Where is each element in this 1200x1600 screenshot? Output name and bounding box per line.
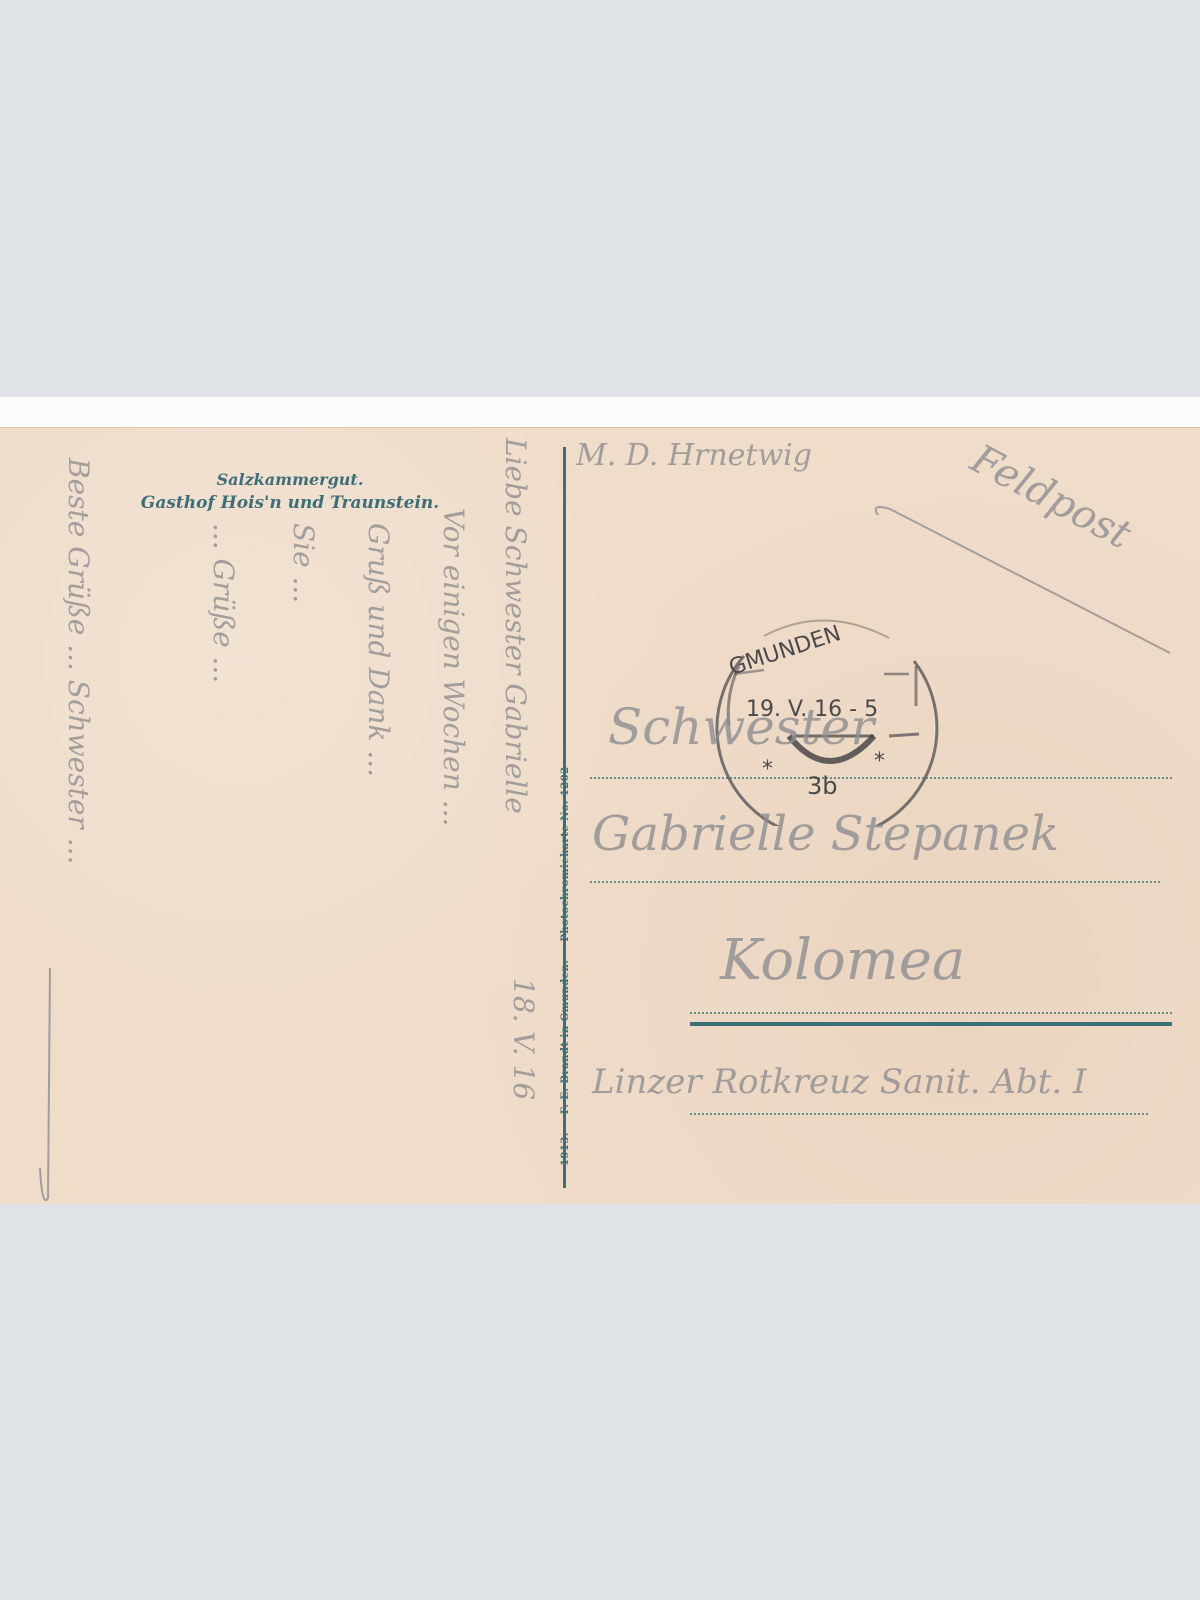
imprint-year: 1913. [560,1132,571,1166]
address-line-2 [590,881,1160,883]
message-column-6: Beste Grüße ... Schwester ... [62,458,95,864]
svg-text:*: * [874,749,885,774]
scan-margin [0,397,1200,427]
svg-text:3b: 3b [807,772,838,800]
address-city: Kolomea [720,928,965,993]
sender-header: M. D. Hrnetwig [576,438,812,473]
svg-text:GMUNDEN: GMUNDEN [726,621,844,681]
svg-text:*: * [762,757,773,782]
address-recipient-title: Schwester [608,698,874,756]
printed-title: Salzkammergut. Gasthof Hois'n und Trauns… [100,469,480,515]
address-recipient-name: Gabrielle Stepanek [592,806,1059,862]
address-line-3 [690,1012,1172,1014]
postcard: Salzkammergut. Gasthof Hois'n und Trauns… [0,427,1200,1204]
title-line-1: Salzkammergut. [100,469,480,491]
imprint-publisher: F. E. Brandt in Gmunden. [560,960,571,1115]
pencil-stroke [870,503,1180,663]
message-column-5: ... Grüße ... [207,523,240,683]
message-column-3: Gruß und Dank ... [362,523,395,777]
imprint-series: Photochromiekarte No. 1202 [560,766,571,941]
title-line-2: Gasthof Hois'n und Traunstein. [100,491,480,515]
publisher-imprint: 1913. F. E. Brandt in Gmunden. Photochro… [560,766,571,1166]
address-underline [690,1022,1172,1026]
address-unit: Linzer Rotkreuz Sanit. Abt. I [592,1062,1086,1102]
message-column-2: Vor einigen Wochen ... [437,508,470,826]
address-line-4 [690,1113,1148,1115]
message-column-1: Liebe Schwester Gabrielle [499,438,532,814]
message-column-4: Sie ... [287,523,320,603]
message-date: 18. V. 16 [507,978,540,1100]
pencil-strike [30,968,70,1208]
